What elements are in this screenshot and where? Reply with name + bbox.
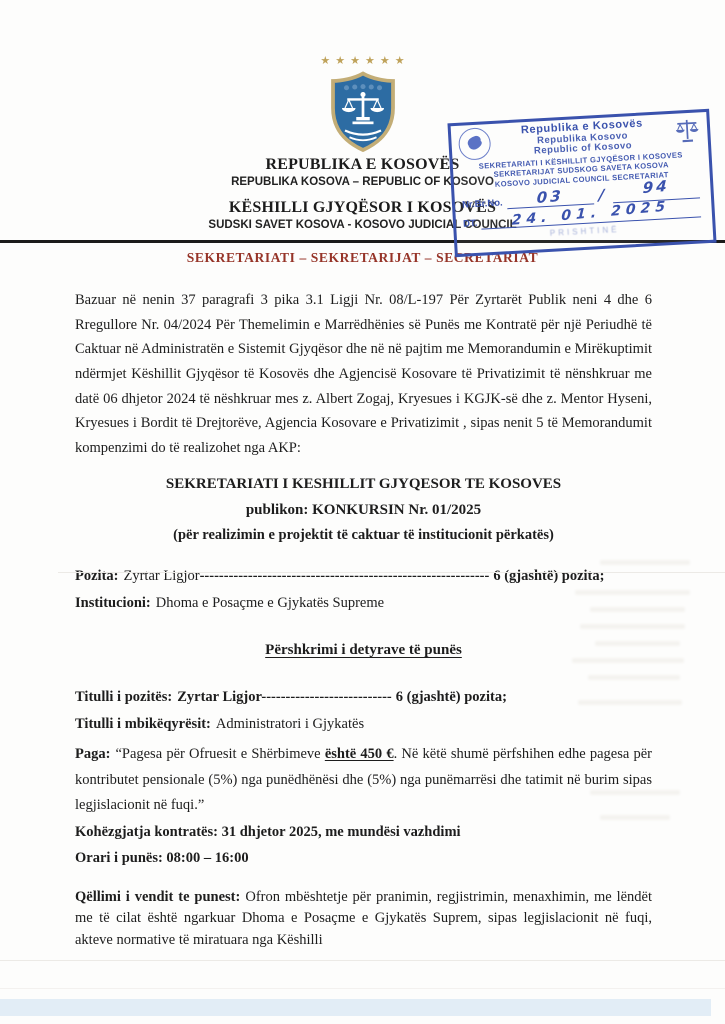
position-value: Zyrtar Ligjor bbox=[123, 568, 199, 584]
institution-label: Institucioni: bbox=[75, 595, 151, 611]
document-body: Bazuar në nenin 37 paragrafi 3 pika 3.1 … bbox=[75, 288, 652, 951]
position-count: 6 (gjashtë) pozita; bbox=[493, 568, 604, 584]
institution-line: Institucioni:Dhoma e Posaçme e Gjykatës … bbox=[75, 595, 652, 612]
salary-amount: është 450 € bbox=[325, 746, 394, 762]
registry-stamp: Republika e Kosovës Republika Kosovo Rep… bbox=[447, 109, 716, 257]
purpose-paragraph: Qëllimi i vendit te punest:Ofron mbështe… bbox=[75, 887, 652, 951]
salary-paragraph: Paga:“Pagesa për Ofruesit e Shërbimeve ë… bbox=[75, 742, 652, 818]
salary-text-pre: “Pagesa për Ofruesit e Shërbimeve bbox=[115, 746, 324, 762]
scan-artifact-band bbox=[0, 999, 711, 1016]
stamp-number-label: Nr.Br.No. bbox=[462, 198, 503, 212]
position-line: Pozita:Zyrtar Ligjor--------------------… bbox=[75, 568, 652, 585]
working-hours-line: Orari i punës: 08:00 – 16:00 bbox=[75, 850, 652, 867]
supervisor-value: Administratori i Gjykatës bbox=[216, 716, 364, 732]
intro-paragraph: Bazuar në nenin 37 paragrafi 3 pika 3.1 … bbox=[75, 288, 652, 460]
announcement-org: SEKRETARIATI I KESHILLIT GJYQESOR TE KOS… bbox=[75, 476, 652, 493]
scan-artifact-line bbox=[0, 960, 725, 961]
position-dashes: ----------------------------------------… bbox=[200, 568, 490, 584]
job-title-line: Titulli i pozitës:Zyrtar Ligjor---------… bbox=[75, 689, 652, 706]
job-title-label: Titulli i pozitës: bbox=[75, 689, 172, 705]
justice-shield-icon bbox=[324, 69, 402, 153]
duties-heading: Përshkrimi i detyrave të punës bbox=[75, 642, 652, 659]
stamp-number2-handwritten: 94 bbox=[642, 179, 670, 196]
position-label: Pozita: bbox=[75, 568, 118, 584]
document-page: ★★★★★★ REPUBLIKA E KOSOVËS REPUBLIKA KOS… bbox=[0, 0, 725, 1024]
star-icons: ★★★★★★ bbox=[0, 54, 725, 68]
job-title-value: Zyrtar Ligjor bbox=[177, 689, 261, 705]
stamp-number-separator: / bbox=[597, 188, 608, 205]
announcement-note: (për realizimin e projektit të caktuar t… bbox=[75, 527, 652, 544]
contract-duration-line: Kohëzgjatja kontratës: 31 dhjetor 2025, … bbox=[75, 824, 652, 841]
announcement-konkurs: publikon: KONKURSIN Nr. 01/2025 bbox=[75, 502, 652, 519]
scales-icon bbox=[674, 116, 702, 147]
job-title-count: 6 (gjashtë) pozita; bbox=[396, 689, 507, 705]
institution-value: Dhoma e Posaçme e Gjykatës Supreme bbox=[156, 595, 384, 611]
supervisor-line: Titulli i mbikëqyrësit:Administratori i … bbox=[75, 716, 652, 733]
kosovo-map-icon bbox=[458, 127, 492, 161]
secretariat-heading: SEKRETARIATI – SEKRETARIJAT – SECRETARIA… bbox=[0, 250, 725, 266]
stamp-number-handwritten: 03 bbox=[536, 189, 564, 206]
supervisor-label: Titulli i mbikëqyrësit: bbox=[75, 716, 211, 732]
stamp-date-label: DT. bbox=[463, 218, 478, 231]
salary-label: Paga: bbox=[75, 746, 110, 762]
purpose-label: Qëllimi i vendit te punest: bbox=[75, 889, 240, 905]
job-title-dashes: --------------------------- bbox=[261, 689, 391, 705]
scan-artifact-line bbox=[0, 988, 725, 989]
